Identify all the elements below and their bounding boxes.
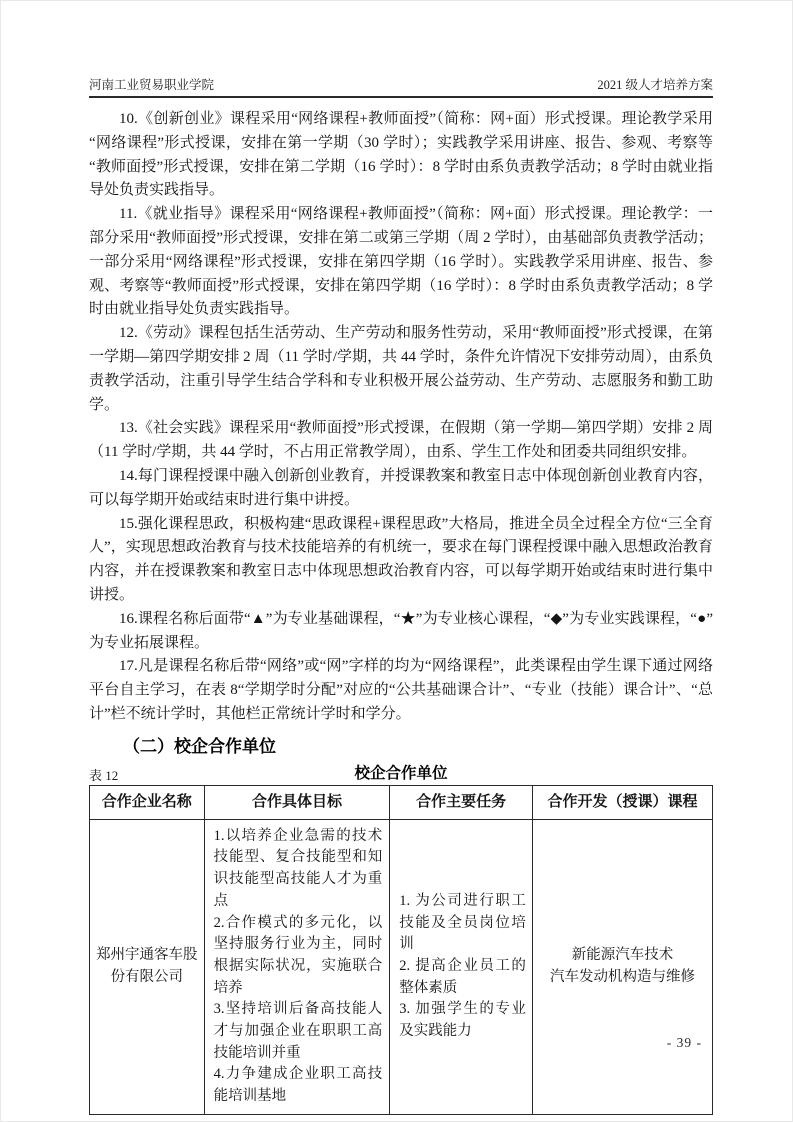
body-paragraph: 10.《创新创业》课程采用“网络课程+教师面授”（简称：网+面）形式授课。理论教…	[89, 108, 713, 203]
column-header-goals: 合作具体目标	[204, 785, 390, 819]
goal-item: 4.力争建成企业职工高技能培训基地	[214, 1064, 383, 1107]
column-header-company: 合作企业名称	[90, 785, 205, 819]
task-item: 1. 为公司进行职工技能及全员岗位培训	[399, 891, 526, 956]
table-number-label: 表 12	[89, 765, 118, 784]
body-paragraph: 14.每门课程授课中融入创新创业教育，并授课教案和教室日志中体现创新创业教育内容…	[89, 465, 713, 513]
task-item: 3. 加强学生的专业及实践能力	[399, 999, 526, 1042]
document-page: 河南工业贸易职业学院 2021 级人才培养方案 10.《创新创业》课程采用“网络…	[0, 0, 793, 1122]
course-item: 汽车发动机构造与维修	[537, 967, 708, 989]
body-paragraph: 13.《社会实践》课程采用“教师面授”形式授课，在假期（第一学期—第四学期）安排…	[89, 417, 713, 465]
body-paragraph: 12.《劳动》课程包括生活劳动、生产劳动和服务性劳动，采用“教师面授”形式授课，…	[89, 322, 713, 417]
column-header-tasks: 合作主要任务	[390, 785, 533, 819]
goal-item: 3.坚持培训后备高技能人才与加强企业在职职工高技能培训并重	[214, 999, 383, 1064]
header-plan-title: 2021 级人才培养方案	[597, 75, 713, 93]
task-item: 2. 提高企业员工的整体素质	[399, 956, 526, 999]
developed-courses-cell: 新能源汽车技术汽车发动机构造与维修	[532, 819, 712, 1114]
body-paragraph: 15.强化课程思政，积极构建“思政课程+课程思政”大格局，推进全员全过程全方位“…	[89, 513, 713, 608]
cooperation-goals-cell: 1.以培养企业急需的技术技能型、复合技能型和知识技能型高技能人才为重点2.合作模…	[204, 819, 390, 1114]
table-header-row: 合作企业名称 合作具体目标 合作主要任务 合作开发（授课）课程	[90, 785, 713, 819]
company-name-cell: 郑州宇通客车股份有限公司	[90, 819, 205, 1114]
section-heading: （二）校企合作单位	[89, 735, 713, 759]
body-paragraph: 16.课程名称后面带“▲”为专业基础课程，“★”为专业核心课程，“◆”为专业实践…	[89, 608, 713, 656]
body-paragraphs: 10.《创新创业》课程采用“网络课程+教师面授”（简称：网+面）形式授课。理论教…	[89, 108, 713, 727]
page-content: 10.《创新创业》课程采用“网络课程+教师面授”（简称：网+面）形式授课。理论教…	[89, 108, 713, 1115]
cooperation-table: 合作企业名称 合作具体目标 合作主要任务 合作开发（授课）课程 郑州宇通客车股份…	[89, 785, 713, 1115]
column-header-courses: 合作开发（授课）课程	[532, 785, 712, 819]
course-item: 新能源汽车技术	[537, 945, 708, 967]
page-number: - 39 -	[667, 1035, 702, 1051]
running-header: 河南工业贸易职业学院 2021 级人才培养方案	[89, 75, 713, 98]
table-row: 郑州宇通客车股份有限公司 1.以培养企业急需的技术技能型、复合技能型和知识技能型…	[90, 819, 713, 1114]
body-paragraph: 11.《就业指导》课程采用“网络课程+教师面授”（简称：网+面）形式授课。理论教…	[89, 203, 713, 322]
body-paragraph: 17.凡是课程名称后带“网络”或“网”字样的均为“网络课程”，此类课程由学生课下…	[89, 655, 713, 726]
table-caption: 校企合作单位	[89, 763, 713, 785]
header-school-name: 河南工业贸易职业学院	[89, 75, 214, 93]
cooperation-tasks-cell: 1. 为公司进行职工技能及全员岗位培训2. 提高企业员工的整体素质3. 加强学生…	[390, 819, 533, 1114]
goal-item: 2.合作模式的多元化，以坚持服务行业为主，同时根据实际状况，实施联合培养	[214, 913, 383, 1000]
table-caption-row: 表 12 校企合作单位	[89, 763, 713, 785]
goal-item: 1.以培养企业急需的技术技能型、复合技能型和知识技能型高技能人才为重点	[214, 826, 383, 913]
